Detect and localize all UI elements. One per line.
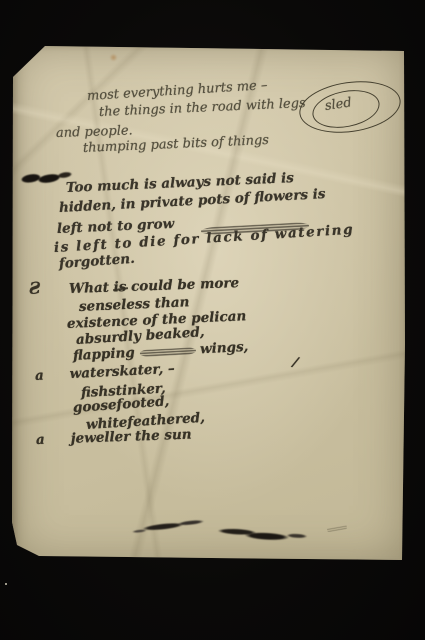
handwritten-line: What is could be more: [69, 275, 240, 297]
margin-letter: a: [35, 368, 45, 384]
photo-background: most everything hurts me – the things in…: [0, 0, 425, 640]
slash-mark: /: [291, 354, 299, 371]
line-text: wings,: [195, 339, 249, 358]
line-text: waterskater, –: [69, 361, 175, 382]
dust-speck: [5, 583, 7, 585]
line-text: jeweller the sun: [70, 427, 191, 447]
ink-smudge: [209, 524, 314, 543]
paragraph-mark: Ƨ: [28, 278, 41, 298]
paper-stain: [109, 54, 118, 61]
manuscript-page: most everything hurts me – the things in…: [11, 44, 406, 563]
ink-smudge: [129, 516, 210, 536]
struck-word: is: [113, 279, 126, 295]
handwritten-line: ajeweller the sun: [36, 427, 192, 448]
crossed-out-word: [139, 345, 195, 358]
pencil-mark: [327, 523, 348, 533]
line-text: could be more: [126, 275, 239, 295]
margin-letter: a: [36, 432, 45, 448]
line-text: flapping: [73, 345, 140, 364]
line-text: What: [69, 279, 114, 297]
